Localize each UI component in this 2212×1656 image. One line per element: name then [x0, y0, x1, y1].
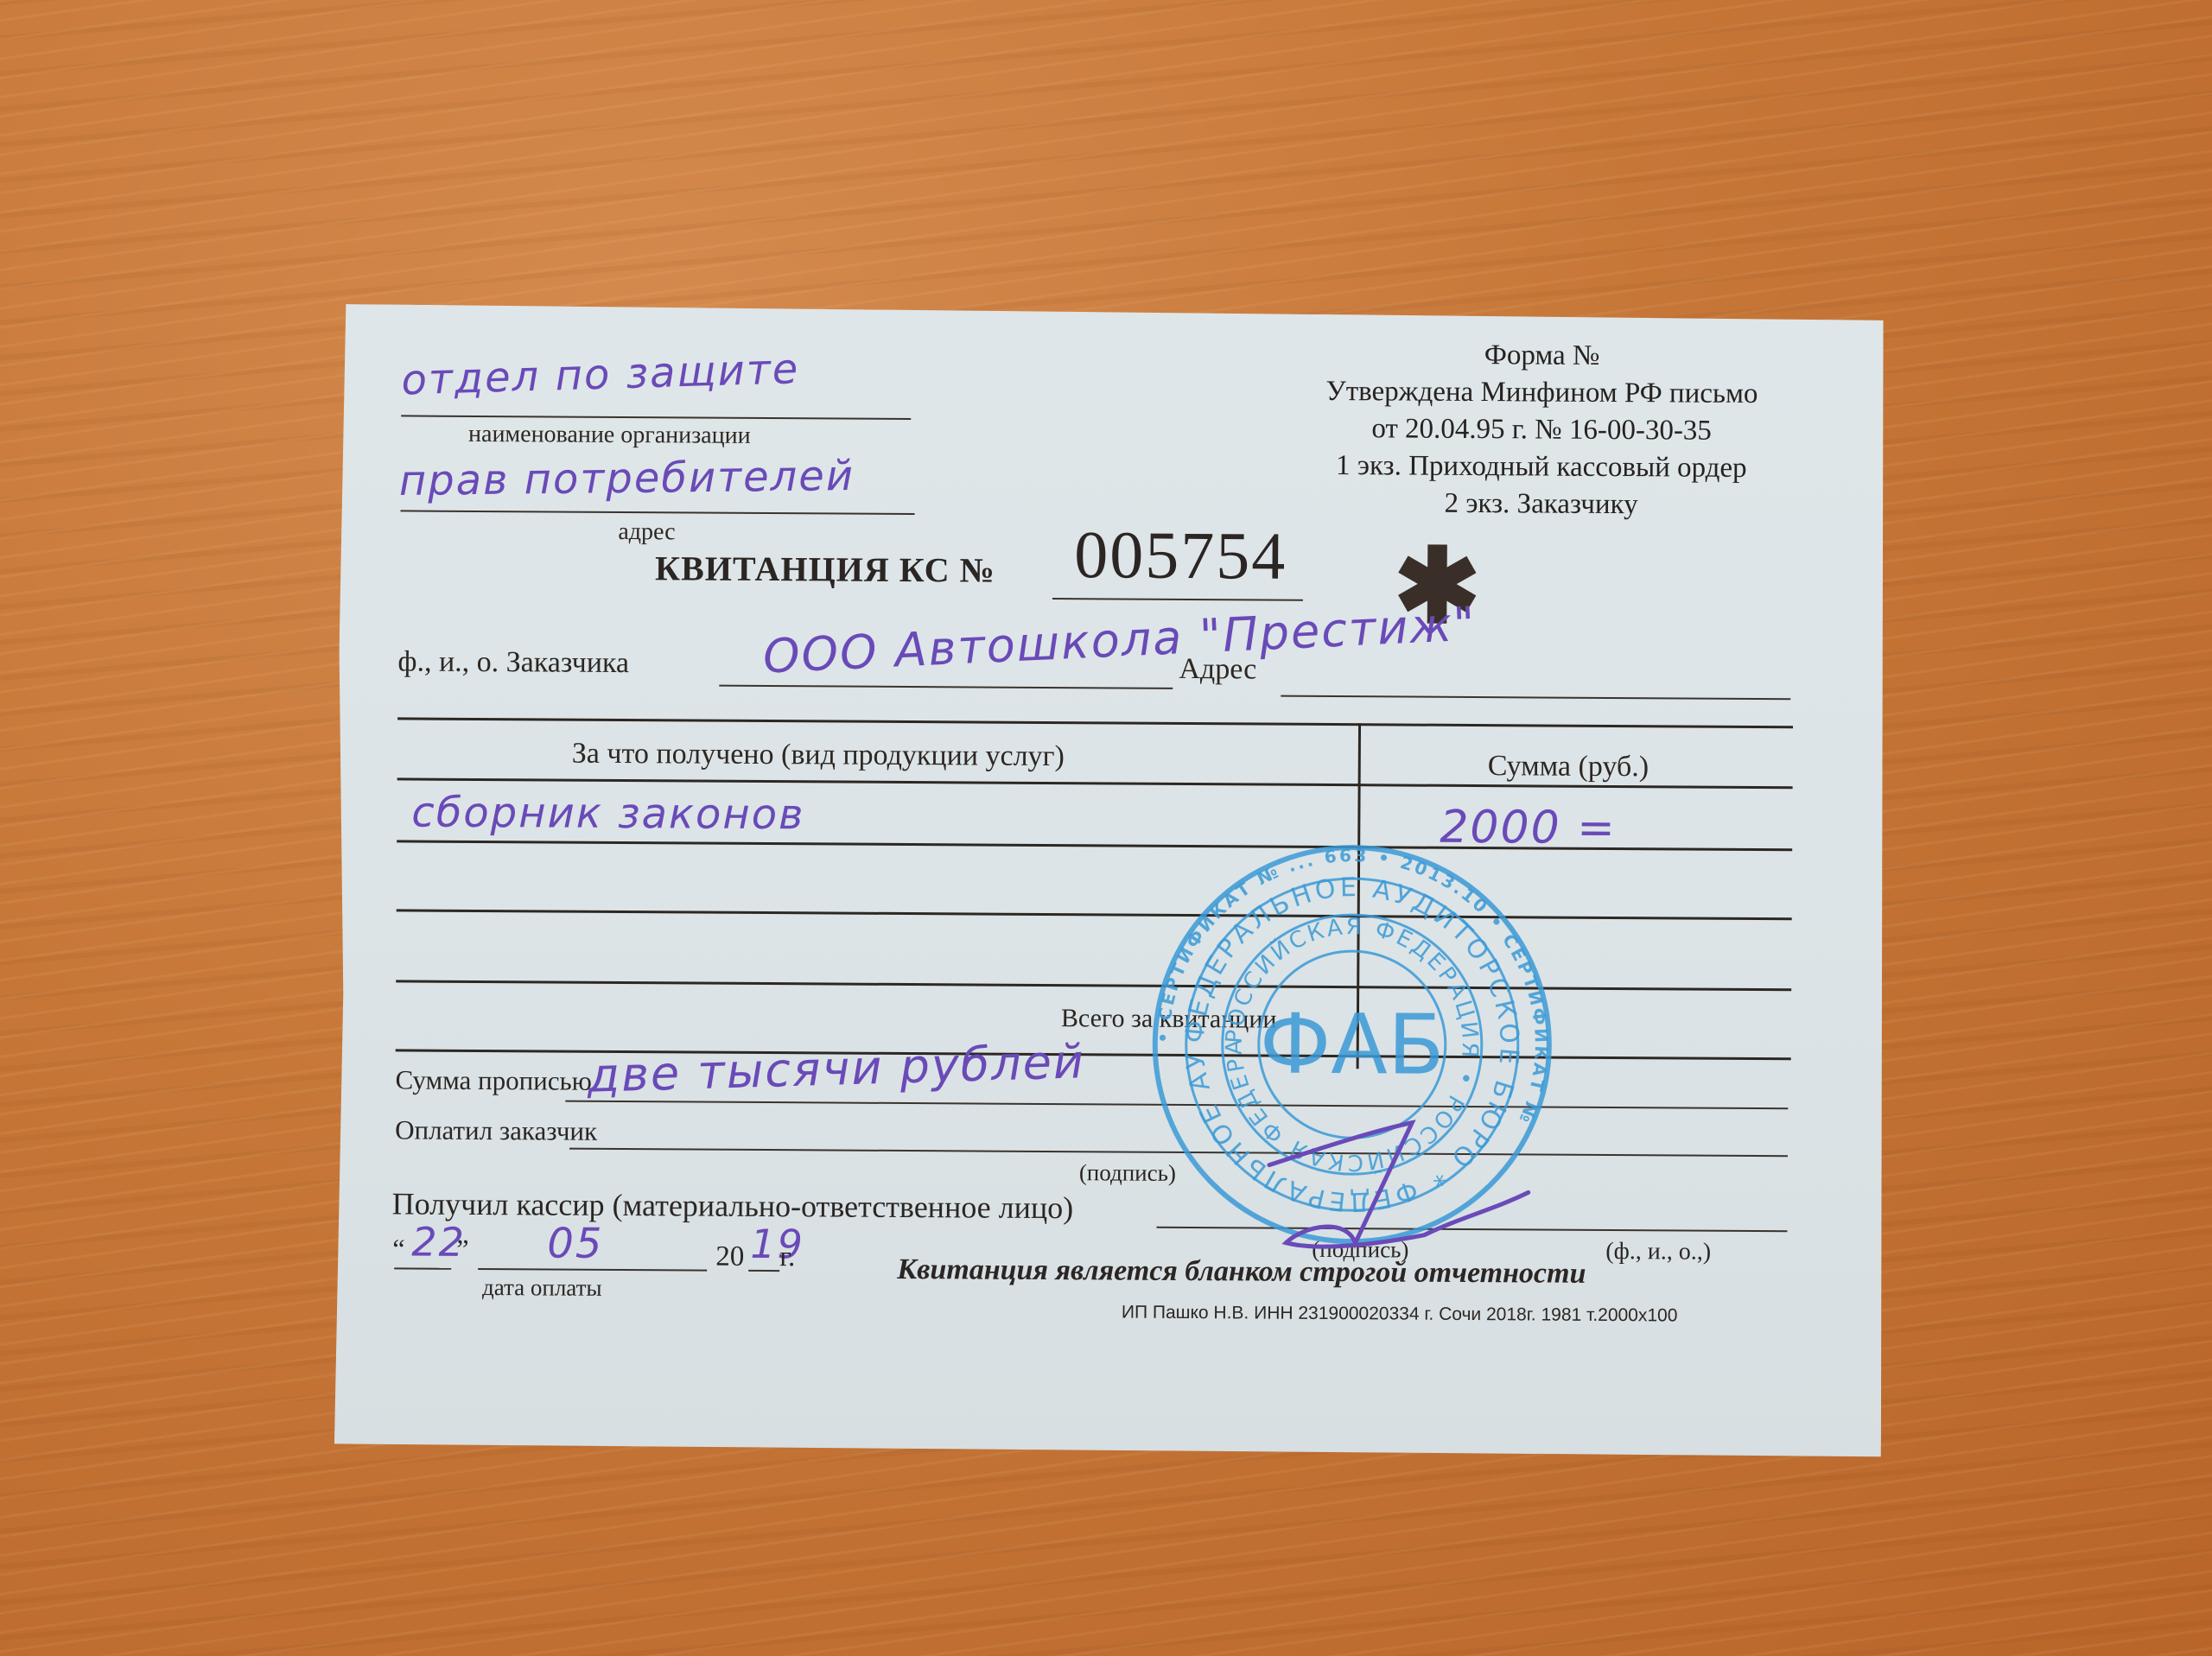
customer-address-underline: [1281, 695, 1790, 701]
received-by-name-caption: (ф., и., о.,): [1605, 1238, 1711, 1266]
date-day-underline: [394, 1267, 451, 1269]
letter-reference: от 20.04.95 г. № 16-00-30-35: [1230, 409, 1853, 450]
organization-address-underline: [401, 510, 915, 515]
printer-info: ИП Пашко Н.В. ИНН 231900020334 г. Сочи 2…: [1122, 1303, 1678, 1327]
organization-address-field[interactable]: прав потребителей: [398, 452, 855, 505]
date-year-label: г.: [779, 1241, 795, 1273]
copy-two-label: 2 экз. Заказчику: [1230, 484, 1852, 524]
copy-one-label: 1 экз. Приходный кассовый ордер: [1230, 447, 1853, 487]
cashier-signature-icon: [1251, 1113, 1563, 1270]
organization-name-underline: [401, 415, 911, 420]
approval-line: Утверждена Минфином РФ письмо: [1230, 372, 1853, 413]
amount-words-label: Сумма прописью: [395, 1064, 592, 1096]
table-header-amount: Сумма (руб.): [1488, 750, 1649, 784]
table-row-3-border: [396, 980, 1791, 991]
date-month-field[interactable]: 05: [547, 1219, 603, 1267]
table-top-border: [397, 717, 1793, 728]
form-number-label: Форма №: [1231, 335, 1853, 376]
table-row-2-border: [397, 909, 1792, 920]
date-open-quote: “: [392, 1233, 404, 1265]
date-month-underline: [478, 1268, 707, 1272]
date-year-field[interactable]: 19: [750, 1221, 804, 1267]
receipt-title: КВИТАНЦИЯ КС №: [655, 548, 995, 590]
date-year-underline: [748, 1270, 779, 1272]
organization-address-caption: адрес: [618, 518, 675, 546]
receipt-paper: Форма № Утверждена Минфином РФ письмо от…: [334, 304, 1888, 1462]
paid-by-label: Оплатил заказчик: [395, 1114, 597, 1146]
customer-name-field[interactable]: ООО Автошкола "Престиж": [762, 596, 1478, 683]
receipt-number-underline: [1052, 598, 1303, 601]
svg-text:ФАБ: ФАБ: [1259, 996, 1445, 1094]
receipt-number: 005754: [1074, 516, 1287, 595]
table-row-1-item[interactable]: сборник законов: [411, 789, 804, 840]
date-year-prefix: 20: [715, 1241, 744, 1273]
customer-label: ф., и., о. Заказчика: [397, 645, 629, 680]
table-header-item: За что получено (вид продукции услуг): [572, 738, 1065, 773]
received-by-label: Получил кассир (материально-ответственно…: [392, 1185, 1074, 1226]
customer-name-underline: [719, 685, 1173, 689]
customer-address-label: Адрес: [1179, 653, 1256, 687]
form-header: Форма № Утверждена Минфином РФ письмо от…: [1230, 335, 1853, 524]
organization-name-field[interactable]: отдел по защите: [401, 345, 800, 404]
date-caption: дата оплаты: [482, 1274, 602, 1302]
organization-name-caption: наименование организации: [468, 421, 751, 450]
amount-words-field[interactable]: две тысячи рублей: [587, 1034, 1086, 1103]
date-close-quote: ”: [456, 1234, 468, 1266]
